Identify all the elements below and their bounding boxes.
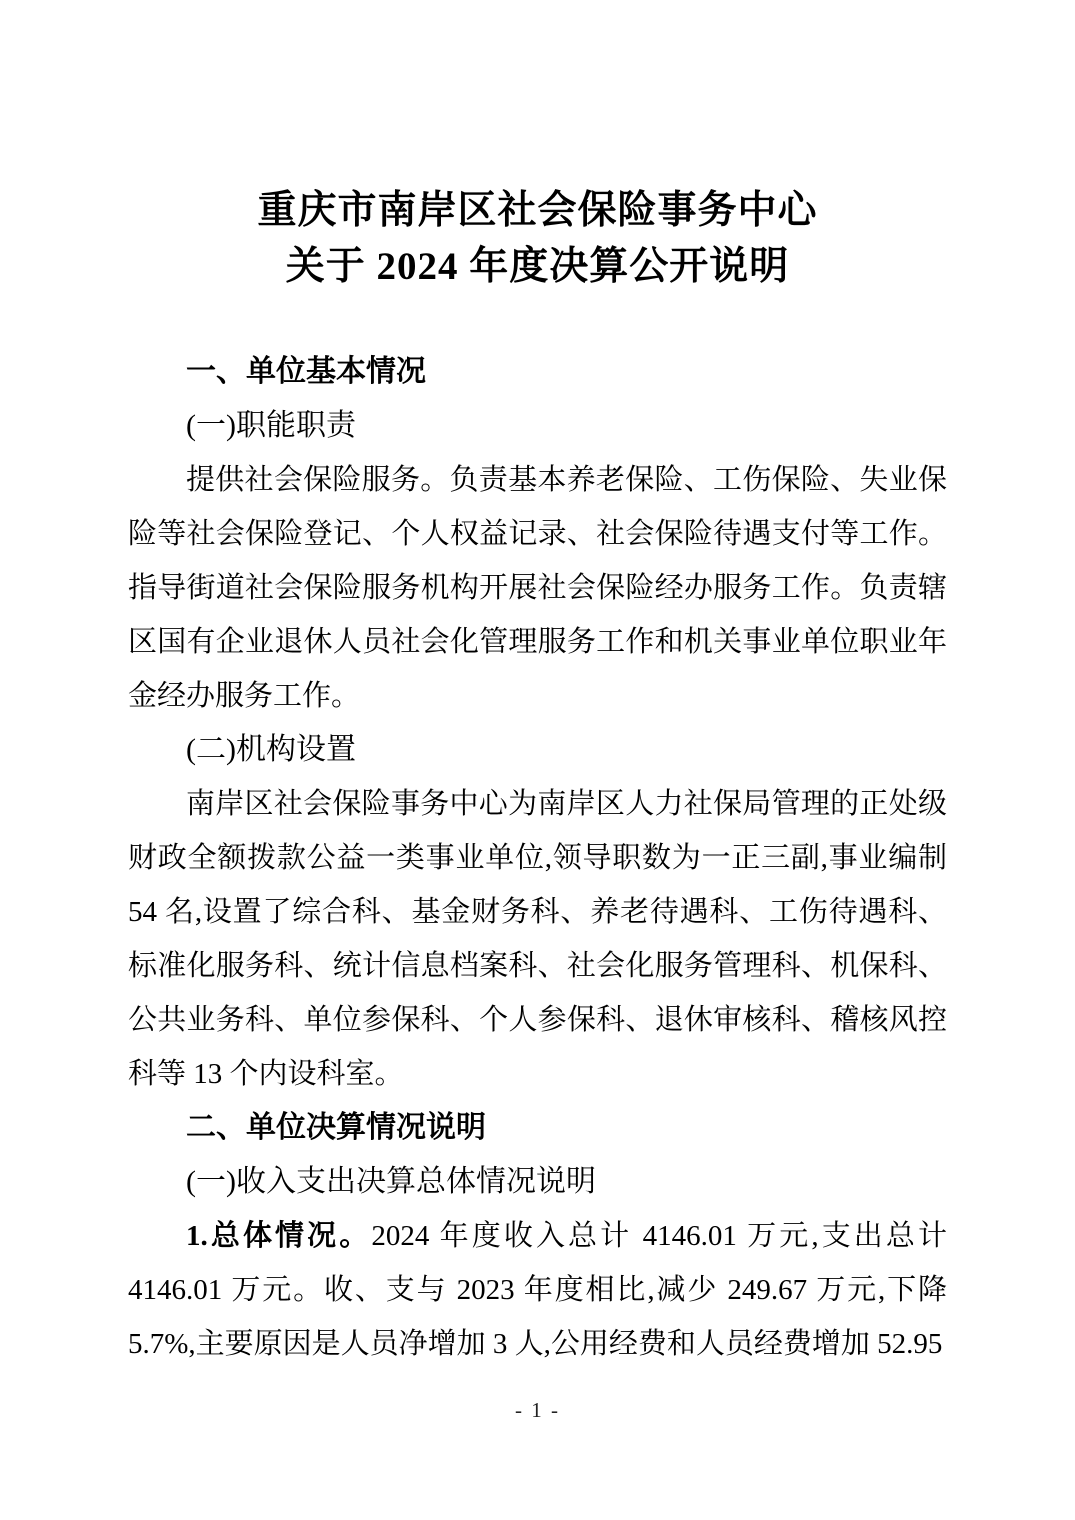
document-page: 重庆市南岸区社会保险事务中心 关于 2024 年度决算公开说明 一、单位基本情况… xyxy=(0,0,1075,1520)
section-heading-1: 一、单位基本情况 xyxy=(128,345,947,399)
subsection-heading-1-1: (一)职能职责 xyxy=(128,399,947,453)
subsection-heading-2-1: (一)收入支出决算总体情况说明 xyxy=(128,1155,947,1209)
document-title-line2: 关于 2024 年度决算公开说明 xyxy=(128,239,947,295)
paragraph-overall-budget: 1.总体情况。2024 年度收入总计 4146.01 万元,支出总计 4146.… xyxy=(128,1209,947,1371)
section-heading-2: 二、单位决算情况说明 xyxy=(128,1101,947,1155)
document-title: 重庆市南岸区社会保险事务中心 关于 2024 年度决算公开说明 xyxy=(128,183,947,295)
subsection-heading-1-2: (二)机构设置 xyxy=(128,723,947,777)
page-number: - 1 - xyxy=(0,1398,1075,1423)
paragraph-organization: 南岸区社会保险事务中心为南岸区人力社保局管理的正处级财政全额拨款公益一类事业单位… xyxy=(128,777,947,1101)
paragraph-lead-label: 1.总体情况。 xyxy=(186,1220,371,1252)
paragraph-duties: 提供社会保险服务。负责基本养老保险、工伤保险、失业保险等社会保险登记、个人权益记… xyxy=(128,453,947,723)
document-body: 一、单位基本情况 (一)职能职责 提供社会保险服务。负责基本养老保险、工伤保险、… xyxy=(128,345,947,1371)
document-title-line1: 重庆市南岸区社会保险事务中心 xyxy=(128,183,947,239)
